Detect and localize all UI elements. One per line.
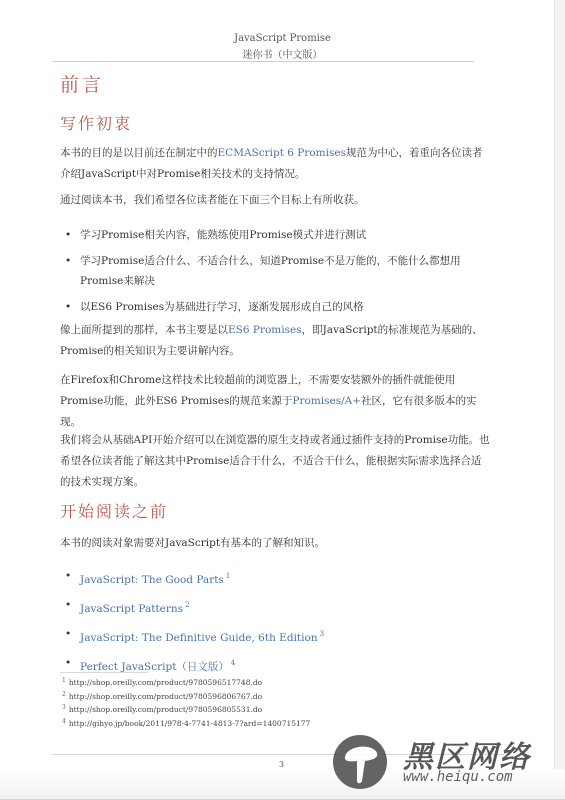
link-es6-promises[interactable]: ES6 Promises [228, 324, 302, 336]
list-item: •学习Promise适合什么、不适合什么，知道Promise不是万能的，不能什么… [60, 251, 490, 291]
section-title-intent: 写作初衷 [60, 111, 132, 134]
intent-paragraph-3: 像上面所提到的那样，本书主要是以ES6 Promises，即JavaScript… [60, 320, 490, 362]
section-title-before-reading: 开始阅读之前 [60, 499, 168, 522]
footnote: 3http://shop.oreilly.com/product/9780596… [62, 702, 310, 716]
bullet-icon: • [65, 251, 71, 271]
footnote-divider [60, 672, 148, 673]
scrollbar[interactable] [554, 0, 565, 800]
chapter-title: 前言 [60, 70, 104, 97]
reference-item[interactable]: •JavaScript: The Good Parts1 [60, 566, 490, 590]
footnote-marker[interactable]: 4 [231, 659, 235, 667]
footnote: 1http://shop.oreilly.com/product/9780596… [62, 675, 310, 689]
bullet-icon: • [65, 566, 71, 586]
footnotes: 1http://shop.oreilly.com/product/9780596… [62, 675, 310, 729]
watermark: 黑区网络 www.heiqu.com [333, 732, 565, 792]
footnote-url[interactable]: http://shop.oreilly.com/product/97805968… [69, 692, 262, 701]
bullet-icon: • [65, 653, 71, 673]
link-promises-aplus[interactable]: Promises/A+ [292, 395, 361, 407]
footnote-url[interactable]: http://gihyo.jp/book/2011/978-4-7741-481… [69, 719, 311, 728]
footnote-marker[interactable]: 3 [320, 630, 324, 638]
reference-link[interactable]: JavaScript: The Definitive Guide, 6th Ed… [80, 632, 318, 644]
intent-paragraph-5: 我们将会从基础API开始介绍可以在浏览器的原生支持或者通过插件支持的Promis… [60, 430, 490, 493]
list-item: •以ES6 Promises为基础进行学习，逐渐发展形成自己的风格 [60, 297, 490, 317]
bullet-icon: • [65, 297, 71, 317]
book-title: JavaScript Promise [0, 30, 565, 47]
watermark-url: www.heiqu.com [403, 769, 513, 785]
mushroom-logo-icon [333, 735, 387, 789]
before-reading-paragraph: 本书的阅读对象需要对JavaScript有基本的了解和知识。 [60, 533, 490, 554]
bullet-icon: • [65, 624, 71, 644]
footnote-marker[interactable]: 2 [185, 601, 189, 609]
link-ecmascript6-promises[interactable]: ECMAScript 6 Promises [218, 147, 347, 159]
reference-item[interactable]: •JavaScript: The Definitive Guide, 6th E… [60, 624, 490, 648]
intent-paragraph-4: 在Firefox和Chrome这样技术比较超前的浏览器上，不需要安装额外的插件就… [60, 370, 490, 433]
running-head: JavaScript Promise 迷你书（中文版） [0, 30, 565, 64]
references-list: •JavaScript: The Good Parts1 •JavaScript… [60, 566, 490, 682]
list-item: •学习Promise相关内容，能熟练使用Promise模式并进行测试 [60, 225, 490, 245]
intent-paragraph-1: 本书的目的是以目前还在制定中的ECMAScript 6 Promises规范为中… [60, 143, 490, 185]
footnote-url[interactable]: http://shop.oreilly.com/product/97805965… [69, 678, 262, 687]
reference-item[interactable]: •JavaScript Patterns2 [60, 595, 490, 619]
footnote: 2http://shop.oreilly.com/product/9780596… [62, 689, 310, 703]
goals-list: •学习Promise相关内容，能熟练使用Promise模式并进行测试 •学习Pr… [60, 225, 490, 323]
reference-item[interactable]: •Perfect JavaScript（日文版）4 [60, 653, 490, 677]
footnote: 4http://gihyo.jp/book/2011/978-4-7741-48… [62, 716, 310, 730]
intent-paragraph-2: 通过阅读本书，我们希望各位读者能在下面三个目标上有所收获。 [60, 190, 490, 211]
bullet-icon: • [65, 225, 71, 245]
document-page: JavaScript Promise 迷你书（中文版） 前言 写作初衷 本书的目… [0, 0, 555, 790]
reference-link[interactable]: JavaScript: The Good Parts [80, 574, 224, 586]
bullet-icon: • [65, 595, 71, 615]
footnote-marker[interactable]: 1 [226, 572, 230, 580]
footnote-url[interactable]: http://shop.oreilly.com/product/97805968… [69, 705, 262, 714]
reference-link[interactable]: JavaScript Patterns [80, 603, 183, 615]
header-divider [52, 61, 474, 62]
page-number: 3 [279, 760, 284, 769]
